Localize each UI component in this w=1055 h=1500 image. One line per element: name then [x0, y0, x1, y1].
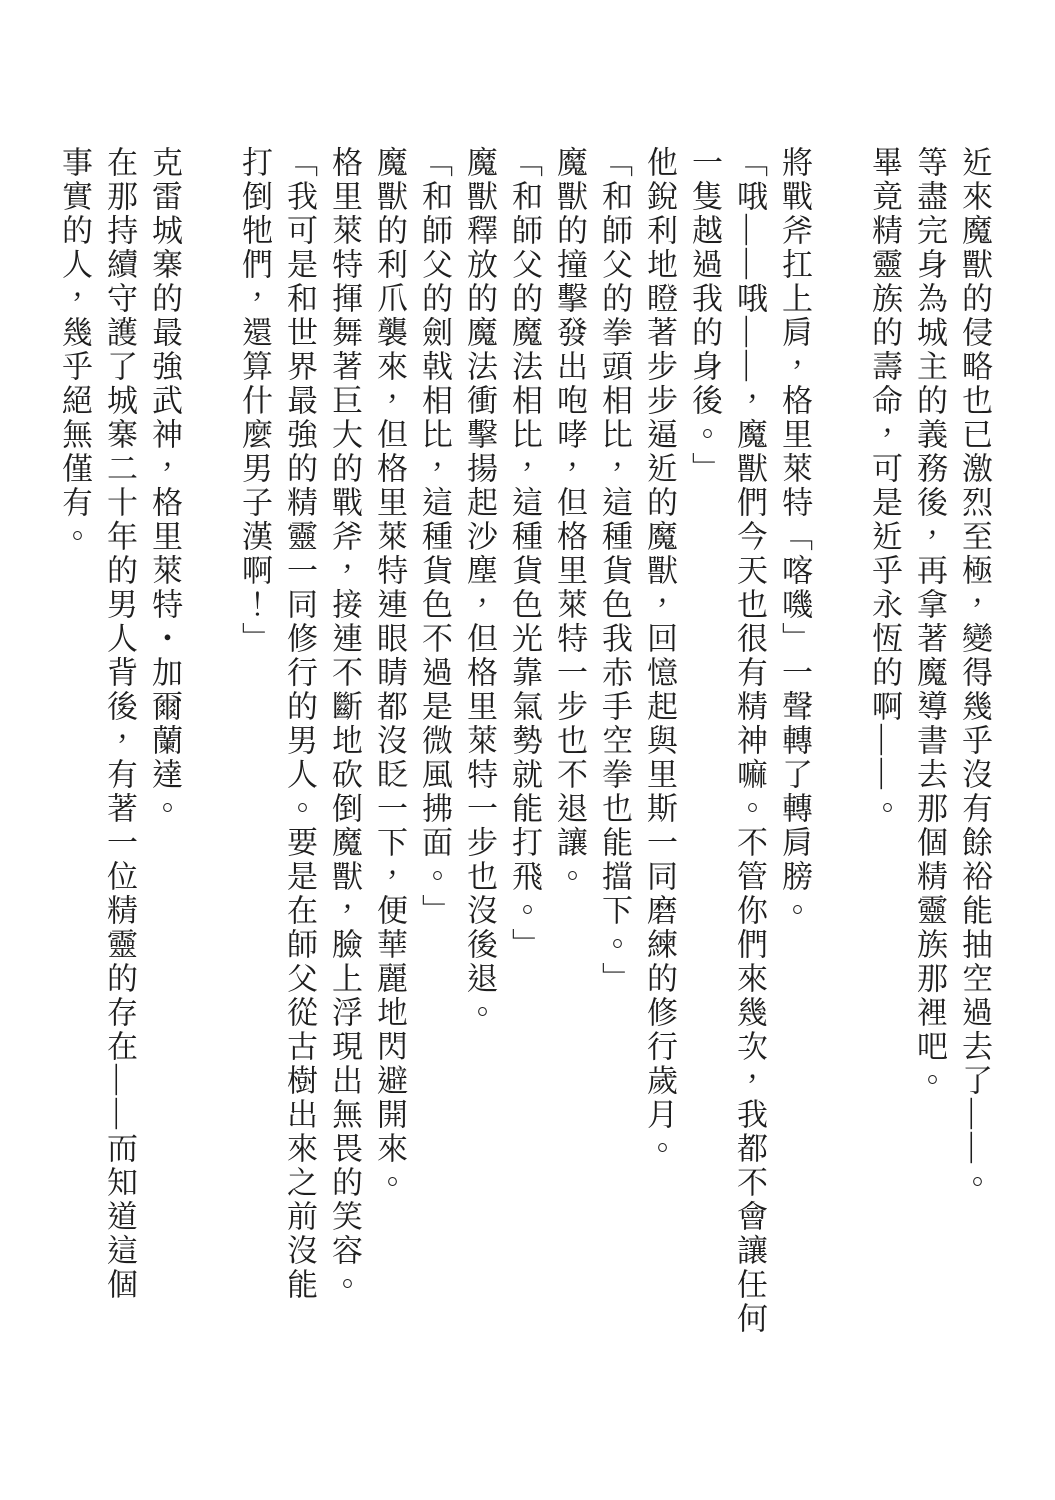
text-line: 將戰斧扛上肩，格里萊特「喀嘰」一聲轉了轉肩膀。 [772, 146, 817, 1351]
text-line: 「我可是和世界最強的精靈一同修行的男人。要是在師父從古樹出來之前沒能 [277, 146, 322, 1351]
text-line: 克雷城寨的最強武神，格里萊特・加爾蘭達。 [142, 146, 187, 1351]
paragraph-break [817, 146, 862, 1351]
text-line: 「和師父的劍戟相比，這種貨色不過是微風拂面。」 [412, 146, 457, 1351]
text-line: 在那持續守護了城寨二十年的男人背後，有著一位精靈的存在——而知道這個 [97, 146, 142, 1351]
vertical-text-block: 近來魔獸的侵略也已激烈至極，變得幾乎沒有餘裕能抽空過去了——。等盡完身為城主的義… [52, 146, 997, 1351]
text-line: 格里萊特揮舞著巨大的戰斧，接連不斷地砍倒魔獸，臉上浮現出無畏的笑容。 [322, 146, 367, 1351]
paragraph-break [187, 146, 232, 1351]
text-line: 「和師父的拳頭相比，這種貨色我赤手空拳也能擋下。」 [592, 146, 637, 1351]
text-line: 魔獸釋放的魔法衝擊揚起沙塵，但格里萊特一步也沒後退。 [457, 146, 502, 1351]
text-line: 事實的人，幾乎絕無僅有。 [52, 146, 97, 1351]
text-line: 一隻越過我的身後。」 [682, 146, 727, 1351]
text-line: 魔獸的利爪襲來，但格里萊特連眼睛都沒眨一下，便華麗地閃避開來。 [367, 146, 412, 1351]
text-line: 魔獸的撞擊發出咆哮，但格里萊特一步也不退讓。 [547, 146, 592, 1351]
text-line: 他銳利地瞪著步步逼近的魔獸，回憶起與里斯一同磨練的修行歲月。 [637, 146, 682, 1351]
text-line: 「哦——哦——，魔獸們今天也很有精神嘛。不管你們來幾次，我都不會讓任何 [727, 146, 772, 1351]
text-line: 打倒牠們，還算什麼男子漢啊！」 [232, 146, 277, 1351]
text-line: 等盡完身為城主的義務後，再拿著魔導書去那個精靈族那裡吧。 [907, 146, 952, 1351]
text-line: 近來魔獸的侵略也已激烈至極，變得幾乎沒有餘裕能抽空過去了——。 [952, 146, 997, 1351]
novel-page: 近來魔獸的侵略也已激烈至極，變得幾乎沒有餘裕能抽空過去了——。等盡完身為城主的義… [0, 0, 1055, 1500]
text-line: 畢竟精靈族的壽命，可是近乎永恆的啊——。 [862, 146, 907, 1351]
text-line: 「和師父的魔法相比，這種貨色光靠氣勢就能打飛。」 [502, 146, 547, 1351]
